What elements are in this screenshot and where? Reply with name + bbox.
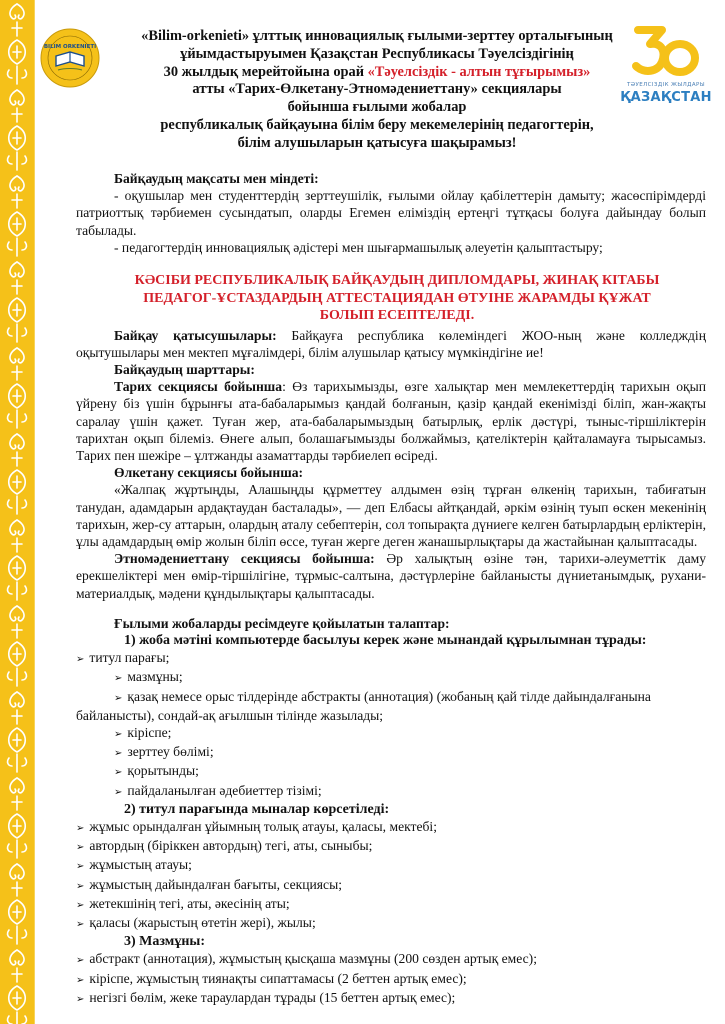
list-item: ➢зерттеу бөлімі; (76, 743, 706, 762)
list-item: ➢абстракт (аннотация), жұмыстың қысқаша … (76, 950, 706, 969)
arrow-bullet-icon: ➢ (76, 955, 84, 966)
header-line-5: бойынша ғылыми жобалар (112, 99, 642, 117)
list-item: ➢жұмыстың атауы; (76, 856, 706, 875)
list-item: ➢қорытынды; (76, 762, 706, 781)
header-line-6: республикалық байқауына білім беру мекем… (112, 117, 642, 135)
list-item: ➢қаласы (жарыстың өтетін жері), жылы; (76, 914, 706, 933)
arrow-bullet-icon: ➢ (76, 842, 84, 853)
list-item: ➢негізгі бөлім, жеке тараулардан тұрады … (76, 989, 706, 1008)
participants-paragraph: Байқау қатысушылары: Байқауға республика… (76, 327, 706, 361)
arrow-bullet-icon: ➢ (76, 994, 84, 1005)
section-1-title: 1) жоба мәтіні компьютерде басылуы керек… (76, 632, 706, 649)
section-2-list: ➢жұмыс орындалған ұйымның толық атауы, қ… (76, 818, 706, 933)
contest-title: «Тәуелсіздік - алтын тұғырымыз» (368, 64, 591, 80)
invitation-header: «Bilim-orkenieti» ұлттық инновациялық ғы… (112, 28, 642, 153)
goals-item-2: - педагогтердің инновациялық әдістері ме… (76, 239, 706, 256)
local-heading: Өлкетану секциясы бойынша: (76, 464, 706, 481)
ornament-pattern-icon (0, 0, 34, 1024)
bilim-orkenieti-logo: BILIM ORKENIETI (40, 28, 100, 88)
arrow-bullet-icon: ➢ (76, 823, 84, 834)
requirements-heading: Ғылыми жобаларды ресімдеуге қойылатын та… (76, 615, 706, 632)
arrow-bullet-icon: ➢ (76, 975, 84, 986)
arrow-bullet-icon: ➢ (76, 881, 84, 892)
section-3-title: 3) Мазмұны: (76, 933, 706, 950)
header-line-3: 30 жылдық мерейтойына орай «Тәуелсіздік … (112, 64, 642, 82)
section-1-list: ➢титул парағы; ➢мазмұны; ➢қазақ немесе о… (76, 649, 706, 801)
list-item: ➢титул парағы; (76, 649, 706, 668)
svg-text:BILIM ORKENIETI: BILIM ORKENIETI (44, 44, 96, 50)
participants-label: Байқау қатысушылары: (114, 328, 277, 343)
number-30-icon (632, 22, 700, 80)
ethno-paragraph: Этномәдениеттану секциясы бойынша: Әр ха… (76, 550, 706, 602)
arrow-bullet-icon: ➢ (114, 729, 122, 740)
list-item: ➢мазмұны; (76, 668, 706, 687)
arrow-bullet-icon: ➢ (76, 654, 84, 665)
arrow-bullet-icon: ➢ (76, 919, 84, 930)
list-item: ➢қазақ немесе орыс тілдерінде абстракты … (76, 688, 706, 724)
header-line-1: «Bilim-orkenieti» ұлттық инновациялық ғы… (112, 28, 642, 46)
ethno-label: Этномәдениеттану секциясы бойынша: (114, 551, 375, 566)
seal-icon: BILIM ORKENIETI (40, 28, 100, 88)
list-item: ➢жұмыстың дайындалған бағыты, секциясы; (76, 876, 706, 895)
history-paragraph: Тарих секциясы бойынша: Өз тарихымызды, … (76, 378, 706, 464)
arrow-bullet-icon: ➢ (76, 900, 84, 911)
ornamental-border (0, 0, 34, 1024)
notice-line-3: БОЛЫП ЕСЕПТЕЛЕДІ. (88, 307, 706, 325)
notice-line-1: КӘСІБИ РЕСПУБЛИКАЛЫҚ БАЙҚАУДЫҢ ДИПЛОМДАР… (88, 272, 706, 290)
document-body: Байқаудың мақсаты мен міндеті: - оқушыла… (76, 170, 706, 1008)
conditions-heading: Байқаудың шарттары: (76, 361, 706, 378)
header-line-2: ұйымдастыруымен Қазақстан Республикасы Т… (112, 46, 642, 64)
arrow-bullet-icon: ➢ (114, 693, 122, 704)
arrow-bullet-icon: ➢ (76, 861, 84, 872)
notice-line-2: ПЕДАГОГ-ҰСТАЗДАРДЫҢ АТТЕСТАЦИЯДАН ӨТУІНЕ… (88, 290, 706, 308)
local-text: «Жалпақ жұртыңды, Алашыңды құрметтеу алд… (76, 481, 706, 550)
section-3-list: ➢абстракт (аннотация), жұмыстың қысқаша … (76, 950, 706, 1008)
arrow-bullet-icon: ➢ (114, 787, 122, 798)
goals-heading: Байқаудың мақсаты мен міндеті: (76, 170, 706, 187)
history-label: Тарих секциясы бойынша (114, 379, 282, 394)
header-line-7: білім алушыларын қатысуға шақырамыз! (112, 135, 642, 153)
arrow-bullet-icon: ➢ (114, 767, 122, 778)
spacer (76, 602, 706, 615)
header-line-4: атты «Тарих-Өлкетану-Этномәдениеттану» с… (112, 81, 642, 99)
notice-banner: КӘСІБИ РЕСПУБЛИКАЛЫҚ БАЙҚАУДЫҢ ДИПЛОМДАР… (76, 272, 706, 325)
list-item: ➢кіріспе, жұмыстың тиянақты сипаттамасы … (76, 970, 706, 989)
list-item: ➢пайдаланылған әдебиеттер тізімі; (76, 782, 706, 801)
arrow-bullet-icon: ➢ (114, 748, 122, 759)
list-item: ➢автордың (біріккен автордың) тегі, аты,… (76, 837, 706, 856)
list-item: ➢кіріспе; (76, 724, 706, 743)
border-edge (34, 0, 35, 1024)
list-item: ➢жетекшінің тегі, аты, әкесінің аты; (76, 895, 706, 914)
section-2-title: 2) титул парағында мыналар көрсетіледі: (76, 801, 706, 818)
list-item: ➢жұмыс орындалған ұйымның толық атауы, қ… (76, 818, 706, 837)
arrow-bullet-icon: ➢ (114, 673, 122, 684)
header-line-3-prefix: 30 жылдық мерейтойына орай (164, 64, 368, 80)
goals-item-1: - оқушылар мен студенттердің зерттеушілі… (76, 187, 706, 239)
